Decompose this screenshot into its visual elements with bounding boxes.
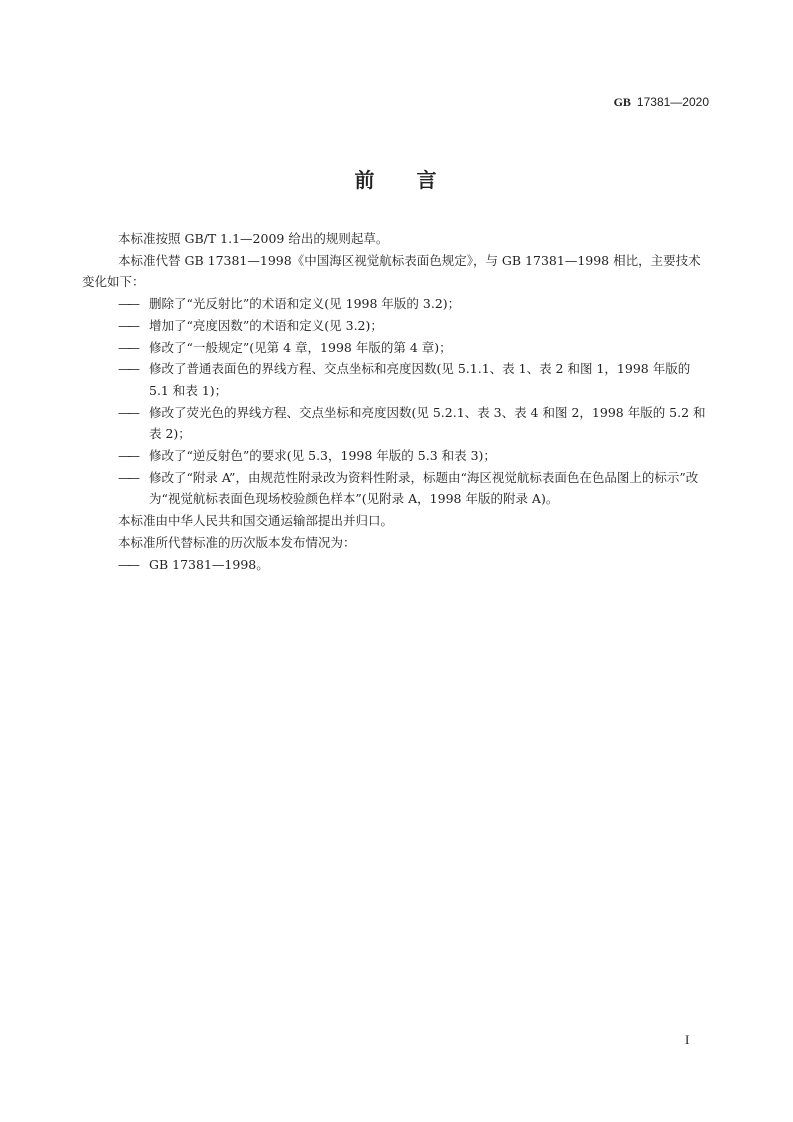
list-item-text: 修改了荧光色的界线方程、交点坐标和亮度因数(见 5.2.1、表 3、表 4 和图…: [149, 405, 706, 442]
paragraph-proposer: 本标准由中华人民共和国交通运输部提出并归口。: [82, 510, 712, 532]
dash-bullet: ——: [118, 402, 137, 424]
list-item: ——GB 17381—1998。: [82, 554, 712, 576]
paragraph-history: 本标准所代替标准的历次版本发布情况为：: [82, 532, 712, 554]
dash-bullet: ——: [118, 358, 137, 380]
list-item-text: GB 17381—1998。: [149, 557, 269, 572]
dash-bullet: ——: [118, 554, 137, 576]
paragraph-replaces: 本标准代替 GB 17381—1998《中国海区视觉航标表面色规定》，与 GB …: [82, 250, 712, 293]
standard-prefix: GB: [614, 95, 631, 109]
dash-bullet: ——: [118, 337, 137, 359]
history-list: ——GB 17381—1998。: [82, 554, 712, 576]
list-item: ——修改了“附录 A”，由规范性附录改为资料性附录，标题由“海区视觉航标表面色在…: [82, 467, 712, 510]
foreword-body: 本标准按照 GB/T 1.1—2009 给出的规则起草。 本标准代替 GB 17…: [82, 228, 712, 575]
list-item: ——修改了“一般规定”(见第 4 章，1998 年版的第 4 章)；: [82, 337, 712, 359]
dash-bullet: ——: [118, 293, 137, 315]
list-item-text: 修改了“一般规定”(见第 4 章，1998 年版的第 4 章)；: [149, 340, 452, 355]
standard-code-header: GB17381—2020: [614, 95, 709, 110]
page-title: 前言: [0, 164, 793, 193]
list-item: ——修改了“逆反射色”的要求(见 5.3，1998 年版的 5.3 和表 3)；: [82, 445, 712, 467]
paragraph-drafting-rules: 本标准按照 GB/T 1.1—2009 给出的规则起草。: [82, 228, 712, 250]
title-char-1: 前: [355, 164, 377, 193]
list-item: ——删除了“光反射比”的术语和定义(见 1998 年版的 3.2)；: [82, 293, 712, 315]
title-char-2: 言: [417, 164, 439, 193]
list-item-text: 修改了普通表面色的界线方程、交点坐标和亮度因数(见 5.1.1、表 1、表 2 …: [149, 361, 690, 398]
list-item: ——修改了普通表面色的界线方程、交点坐标和亮度因数(见 5.1.1、表 1、表 …: [82, 358, 712, 401]
dash-bullet: ——: [118, 467, 137, 489]
dash-bullet: ——: [118, 445, 137, 467]
list-item-text: 删除了“光反射比”的术语和定义(见 1998 年版的 3.2)；: [149, 296, 460, 311]
list-item-text: 修改了“逆反射色”的要求(见 5.3，1998 年版的 5.3 和表 3)；: [149, 448, 496, 463]
standard-number: 17381—2020: [637, 95, 709, 109]
list-item: ——修改了荧光色的界线方程、交点坐标和亮度因数(见 5.2.1、表 3、表 4 …: [82, 402, 712, 445]
list-item-text: 修改了“附录 A”，由规范性附录改为资料性附录，标题由“海区视觉航标表面色在色品…: [149, 470, 698, 507]
list-item: ——增加了“亮度因数”的术语和定义(见 3.2)；: [82, 315, 712, 337]
changes-list: ——删除了“光反射比”的术语和定义(见 1998 年版的 3.2)； ——增加了…: [82, 293, 712, 510]
list-item-text: 增加了“亮度因数”的术语和定义(见 3.2)；: [149, 318, 383, 333]
page-number: I: [685, 1032, 689, 1048]
dash-bullet: ——: [118, 315, 137, 337]
